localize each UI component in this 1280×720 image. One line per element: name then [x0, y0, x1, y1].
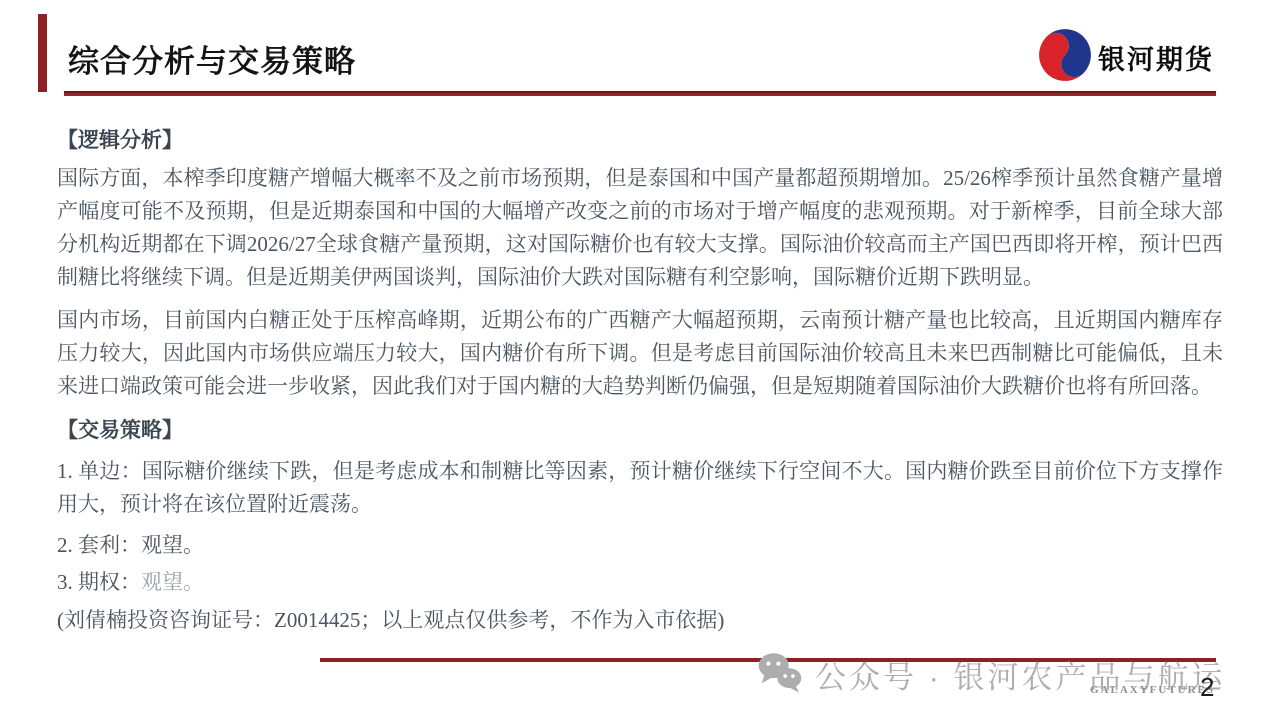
- strategy-item-options-label: 3. 期权：: [57, 570, 141, 594]
- title-accent-bar: [38, 14, 47, 92]
- footer-brand-mark: GALAXYFUTURES: [1090, 684, 1215, 696]
- disclaimer-text: (刘倩楠投资咨询证号：Z0014425；以上观点仅供参考，不作为入市依据): [57, 604, 1223, 637]
- page-number: 2: [1200, 672, 1214, 703]
- wechat-icon: [755, 642, 807, 705]
- section-heading-logic: 【逻辑分析】: [57, 124, 183, 154]
- strategy-item-unilateral: 1. 单边：国际糖价继续下跌，但是考虑成本和制糖比等因素，预计糖价继续下行空间不…: [57, 455, 1223, 521]
- slide: 综合分析与交易策略 银河期货 【逻辑分析】 国际方面，本榨季印度糖产增幅大概率不…: [0, 0, 1280, 720]
- strategy-item-options-value: 观望。: [141, 570, 204, 594]
- page-title: 综合分析与交易策略: [68, 36, 356, 81]
- company-logo: 银河期货: [1038, 28, 1214, 87]
- logic-paragraph-international: 国际方面，本榨季印度糖产增幅大概率不及之前市场预期，但是泰国和中国产量都超预期增…: [57, 162, 1223, 294]
- strategy-item-options: 3. 期权：观望。: [57, 566, 1223, 599]
- title-divider: [64, 91, 1216, 96]
- strategy-item-arbitrage: 2. 套利：观望。: [57, 529, 1223, 562]
- section-heading-strategy: 【交易策略】: [57, 414, 183, 444]
- galaxy-swirl-icon: [1038, 28, 1092, 87]
- logic-paragraph-domestic: 国内市场，目前国内白糖正处于压榨高峰期，近期公布的广西糖产大幅超预期，云南预计糖…: [57, 304, 1223, 403]
- company-name: 银河期货: [1098, 38, 1214, 77]
